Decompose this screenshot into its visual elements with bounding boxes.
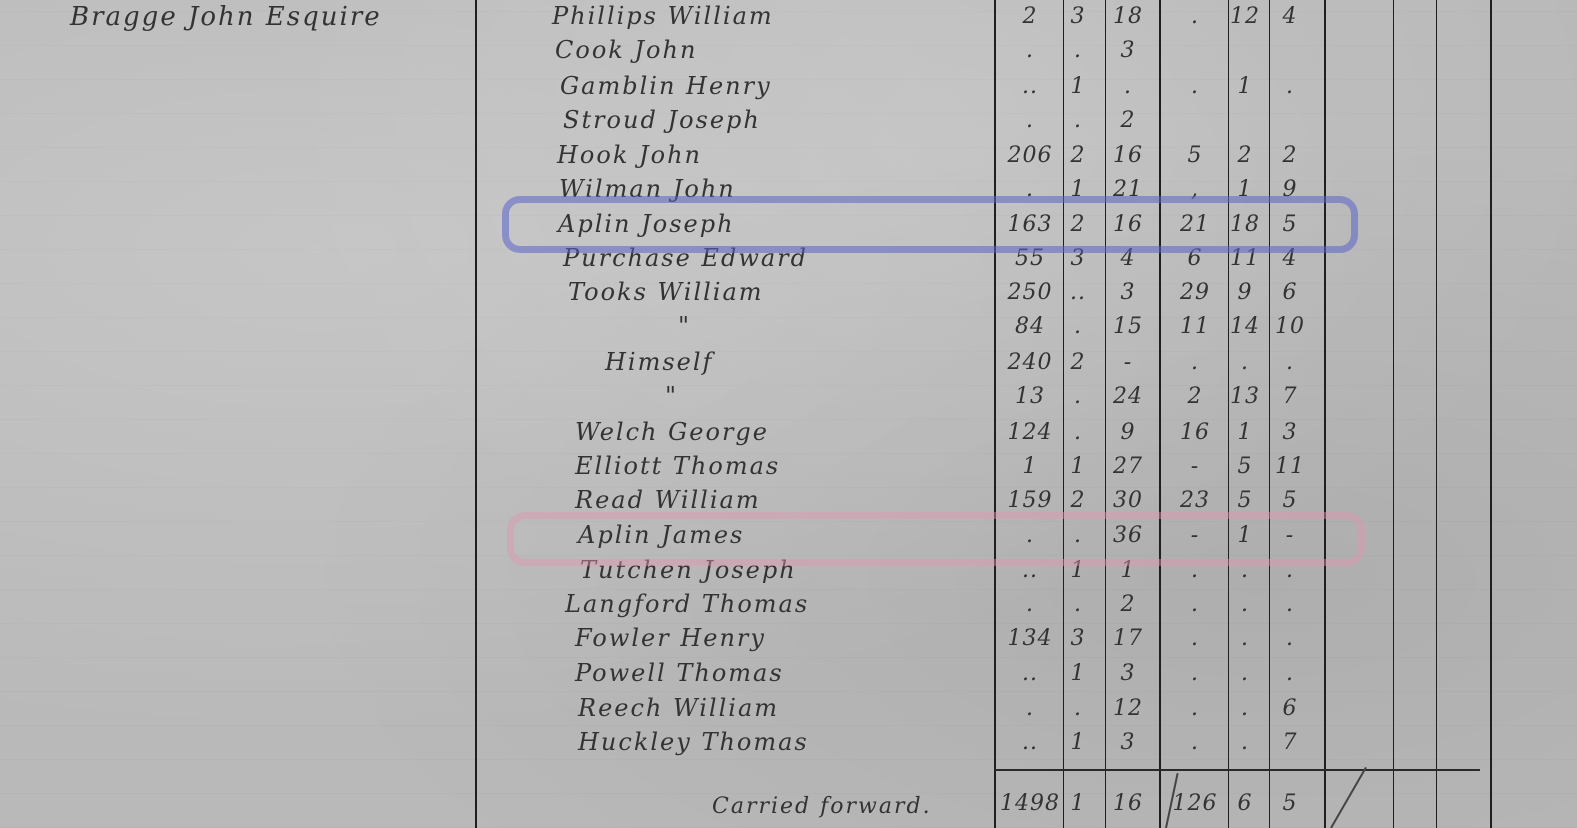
total-value: 5 <box>1260 791 1320 816</box>
row-value: 16 <box>1098 143 1158 168</box>
row-name: Read William <box>575 486 761 514</box>
row-value: . <box>1260 350 1320 375</box>
row-value: 9 <box>1098 420 1158 445</box>
row-value: 11 <box>1260 454 1320 479</box>
row-name: Hook John <box>557 141 702 169</box>
row-name: Himself <box>605 348 713 376</box>
row-value: 7 <box>1260 730 1320 755</box>
column-divider-9 <box>1436 0 1437 828</box>
row-value: 15 <box>1098 314 1158 339</box>
row-value: 2 <box>1098 108 1158 133</box>
row-value: . <box>1260 592 1320 617</box>
row-name: Gamblin Henry <box>560 72 772 100</box>
row-value: 10 <box>1260 314 1320 339</box>
row-value: 3 <box>1098 280 1158 305</box>
row-name: Tooks William <box>568 278 764 306</box>
row-value: 12 <box>1098 696 1158 721</box>
row-value: . <box>1260 661 1320 686</box>
row-name: Huckley Thomas <box>578 728 809 756</box>
row-name: Langford Thomas <box>565 590 809 618</box>
carried-forward-label: Carried forward. <box>712 794 932 819</box>
row-name: " <box>678 312 691 340</box>
row-value: 3 <box>1098 661 1158 686</box>
highlight-aplin-james[interactable] <box>507 512 1365 566</box>
row-value: 2 <box>1260 143 1320 168</box>
highlight-aplin-joseph[interactable] <box>502 196 1358 253</box>
row-name: Stroud Joseph <box>563 106 761 134</box>
column-divider-10 <box>1490 0 1492 828</box>
totals-rule <box>995 769 1480 771</box>
check-mark-icon <box>1330 767 1367 828</box>
row-name: Elliott Thomas <box>575 452 780 480</box>
row-value: 3 <box>1260 420 1320 445</box>
row-name: Fowler Henry <box>575 624 766 652</box>
owner-name: Bragge John Esquire <box>70 2 382 32</box>
row-name: Reech William <box>578 694 779 722</box>
row-value: 17 <box>1098 626 1158 651</box>
column-divider-1 <box>994 0 996 828</box>
total-value: 16 <box>1098 791 1158 816</box>
row-name: Welch George <box>575 418 769 446</box>
ledger-page: Bragge John Esquire Phillips William2318… <box>0 0 1577 828</box>
row-name: Powell Thomas <box>575 659 784 687</box>
row-value: 3 <box>1098 730 1158 755</box>
row-value: 7 <box>1260 384 1320 409</box>
row-value: 6 <box>1260 280 1320 305</box>
row-value: 24 <box>1098 384 1158 409</box>
row-value: . <box>1098 74 1158 99</box>
row-value: 27 <box>1098 454 1158 479</box>
row-name: " <box>665 382 678 410</box>
row-value: 4 <box>1260 4 1320 29</box>
row-value: 18 <box>1098 4 1158 29</box>
row-value: - <box>1098 350 1158 375</box>
row-name: Phillips William <box>552 2 774 30</box>
column-divider-name <box>475 0 477 828</box>
row-value: 3 <box>1098 38 1158 63</box>
row-value: . <box>1260 74 1320 99</box>
row-value: 30 <box>1098 488 1158 513</box>
row-value: 5 <box>1260 488 1320 513</box>
column-divider-4 <box>1159 0 1161 828</box>
column-divider-8 <box>1393 0 1394 828</box>
row-value: . <box>1260 626 1320 651</box>
row-name: Cook John <box>555 36 697 64</box>
column-divider-7 <box>1324 0 1326 828</box>
row-value: 6 <box>1260 696 1320 721</box>
row-value: 2 <box>1098 592 1158 617</box>
